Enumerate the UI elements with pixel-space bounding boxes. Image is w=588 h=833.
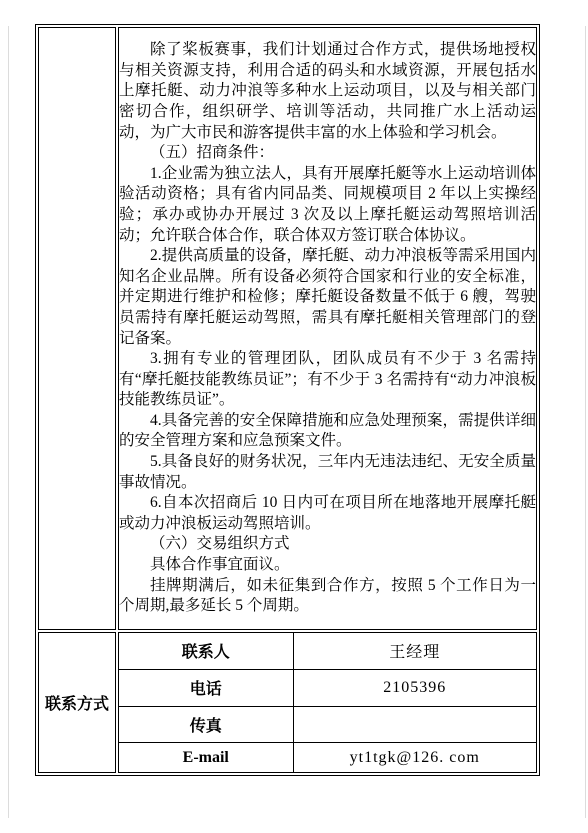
contact-row: 联系方式 联系人 王经理 电话 2105396 (38, 632, 537, 773)
table-row-fax: 传真 (119, 706, 536, 743)
paragraph-heading-6: （六）交易组织方式 (119, 534, 536, 555)
empty-cell (38, 27, 116, 630)
fax-label: 传真 (119, 706, 293, 743)
email-label: E-mail (119, 743, 293, 772)
fax-value (293, 706, 536, 743)
paragraph-condition-3: 3.拥有专业的管理团队，团队成员有不少于 3 名需持有“摩托艇技能教练员证”；有… (119, 349, 536, 411)
paragraph-condition-2: 2.提供高质量的设备，摩托艇、动力冲浪板等需采用国内知名企业品牌。所有设备必须符… (119, 246, 536, 349)
contact-person-value: 王经理 (293, 633, 536, 669)
outer-table: 除了桨板赛事，我们计划通过合作方式，提供场地授权与相关资源支持，利用合适的码头和… (36, 25, 539, 775)
email-value: yt1tgk@126. com (293, 743, 536, 772)
phone-label: 电话 (119, 669, 293, 706)
project-detail-cell: 除了桨板赛事，我们计划通过合作方式，提供场地授权与相关资源支持，利用合适的码头和… (118, 27, 537, 630)
paragraph-condition-4: 4.具备完善的安全保障措施和应急处理预案，需提供详细的安全管理方案和应急预案文件… (119, 411, 536, 452)
paragraph-condition-1: 1.企业需为独立法人，具有开展摩托艇等水上运动培训体验活动资格；具有省内同品类、… (119, 164, 536, 246)
paragraph-negotiation: 具体合作事宜面议。 (119, 555, 536, 576)
document-table: 除了桨板赛事，我们计划通过合作方式，提供场地授权与相关资源支持，利用合适的码头和… (35, 24, 540, 776)
table-row-contact-person: 联系人 王经理 (119, 633, 536, 669)
detail-paragraphs: 除了桨板赛事，我们计划通过合作方式，提供场地授权与相关资源支持，利用合适的码头和… (119, 40, 536, 617)
paragraph-condition-6: 6.自本次招商后 10 日内可在项目所在地落地开展摩托艇或动力冲浪板运动驾照培训… (119, 493, 536, 534)
page-edge-line-right (585, 26, 586, 818)
paragraph-heading-5: （五）招商条件： (119, 143, 536, 164)
paragraph-condition-5: 5.具备良好的财务状况，三年内无违法违纪、无安全质量事故情况。 (119, 452, 536, 493)
paragraph-listing-period: 挂牌期满后，如未征集到合作方，按照 5 个工作日为一个周期,最多延长 5 个周期… (119, 576, 536, 617)
page-edge-line-left (8, 26, 9, 818)
phone-value: 2105396 (293, 669, 536, 706)
page: { "colors": { "border": "#000000", "text… (0, 0, 588, 833)
table-row-email: E-mail yt1tgk@126. com (119, 743, 536, 772)
contact-table: 联系人 王经理 电话 2105396 传真 (119, 633, 536, 772)
contact-person-label: 联系人 (119, 633, 293, 669)
contact-method-header: 联系方式 (38, 632, 116, 773)
detail-row: 除了桨板赛事，我们计划通过合作方式，提供场地授权与相关资源支持，利用合适的码头和… (38, 27, 537, 630)
contact-grid-cell: 联系人 王经理 电话 2105396 传真 (118, 632, 537, 773)
paragraph-intro: 除了桨板赛事，我们计划通过合作方式，提供场地授权与相关资源支持，利用合适的码头和… (119, 40, 536, 143)
table-row-phone: 电话 2105396 (119, 669, 536, 706)
